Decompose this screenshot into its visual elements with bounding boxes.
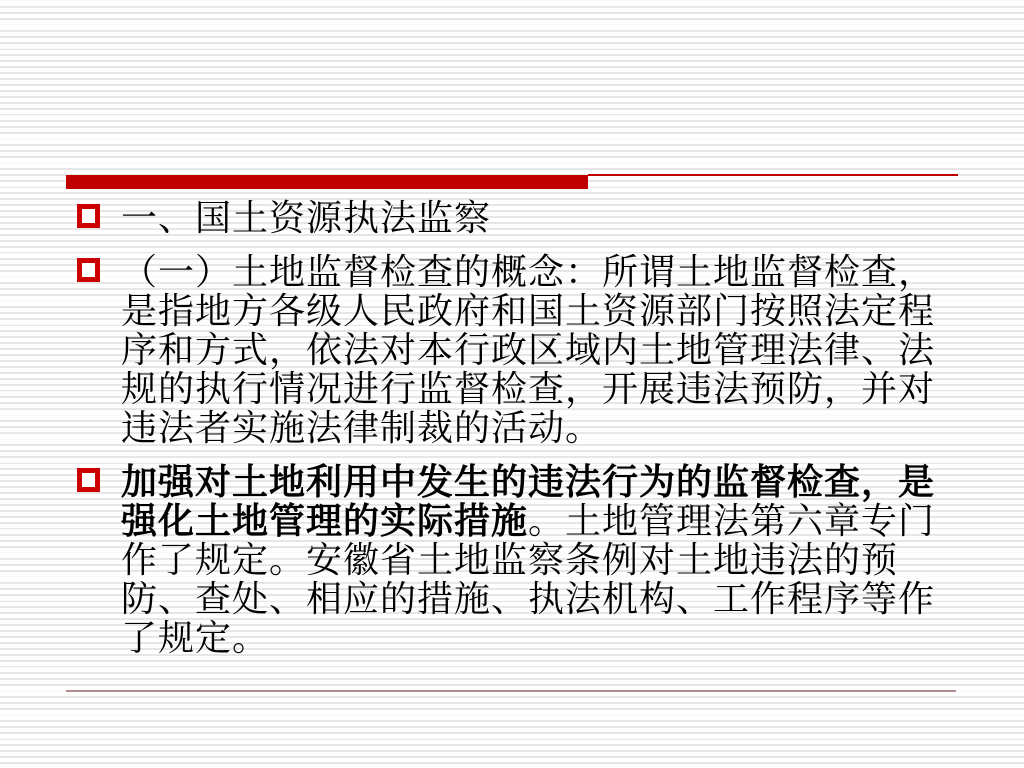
bullet-list: 一、国土资源执法监察 （一）土地监督检查的概念：所谓土地监督检查，是指地方各级人… [77,199,963,673]
bullet-text-heading: 一、国土资源执法监察 [121,199,961,238]
bullet-square-icon [77,258,100,282]
accent-thin-line [588,174,958,176]
bullet-text-measures: 加强对土地利用中发生的违法行为的监督检查，是强化土地管理的实际措施。土地管理法第… [121,463,961,658]
bullet-square-icon [77,204,100,228]
bullet-item-definition: （一）土地监督检查的概念：所谓土地监督检查，是指地方各级人民政府和国土资源部门按… [77,253,963,448]
slide: 一、国土资源执法监察 （一）土地监督检查的概念：所谓土地监督检查，是指地方各级人… [0,0,1024,768]
bullet-item-heading: 一、国土资源执法监察 [77,199,963,238]
accent-bar [66,175,588,189]
bullet-item-measures: 加强对土地利用中发生的违法行为的监督检查，是强化土地管理的实际措施。土地管理法第… [77,463,963,658]
bullet-text-definition: （一）土地监督检查的概念：所谓土地监督检查，是指地方各级人民政府和国土资源部门按… [121,253,961,448]
bottom-divider-line [66,690,956,692]
bullet-square-icon [77,468,100,492]
